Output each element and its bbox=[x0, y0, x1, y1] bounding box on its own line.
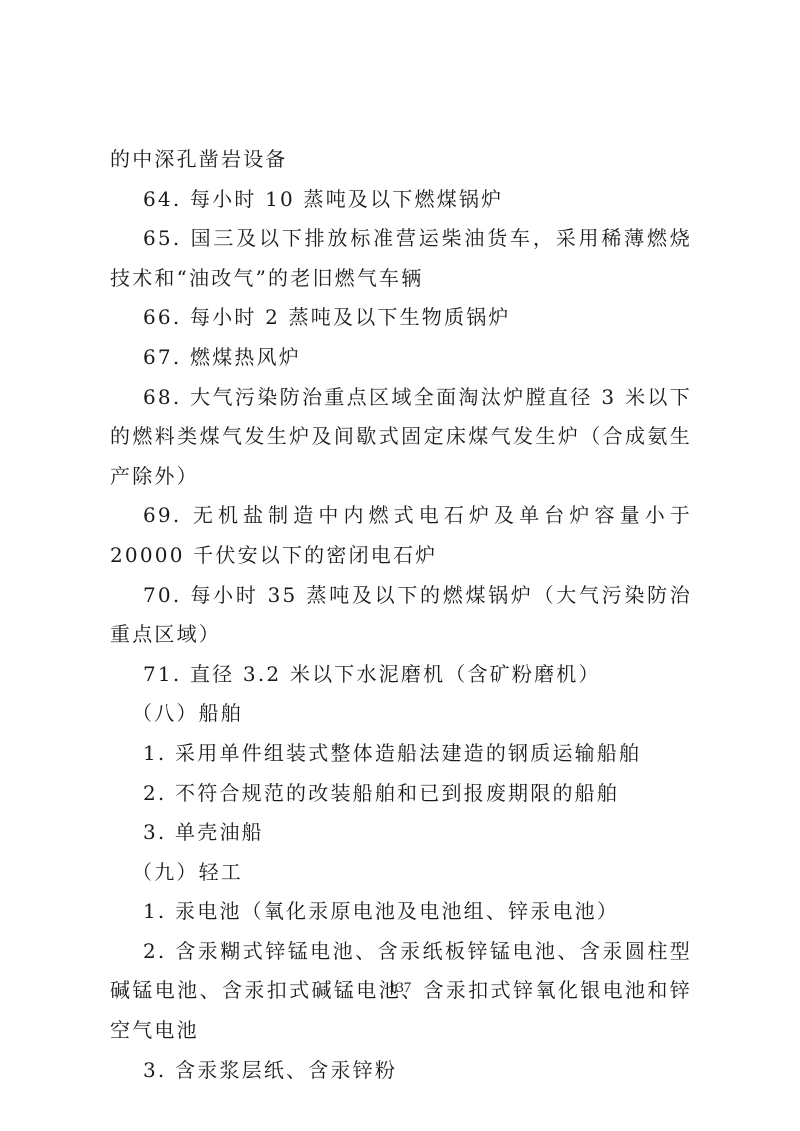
list-item-light-1: 1. 汞电池（氧化汞原电池及电池组、锌汞电池） bbox=[110, 892, 692, 932]
section-heading-ships: （八）船舶 bbox=[110, 694, 692, 734]
paragraph-continuation: 的中深孔凿岩设备 bbox=[110, 140, 692, 180]
list-item-67: 67. 燃煤热风炉 bbox=[110, 338, 692, 378]
list-item-64: 64. 每小时 10 蒸吨及以下燃煤锅炉 bbox=[110, 180, 692, 220]
list-item-light-3: 3. 含汞浆层纸、含汞锌粉 bbox=[110, 1051, 692, 1091]
document-body: 的中深孔凿岩设备 64. 每小时 10 蒸吨及以下燃煤锅炉 65. 国三及以下排… bbox=[110, 140, 692, 1090]
list-item-68: 68. 大气污染防治重点区域全面淘汰炉膛直径 3 米以下的燃料类煤气发生炉及间歇… bbox=[110, 378, 692, 497]
page-number: 137 bbox=[0, 980, 800, 997]
list-item-ships-1: 1. 采用单件组装式整体造船法建造的钢质运输船舶 bbox=[110, 734, 692, 774]
section-heading-light-industry: （九）轻工 bbox=[110, 853, 692, 893]
list-item-66: 66. 每小时 2 蒸吨及以下生物质锅炉 bbox=[110, 298, 692, 338]
list-item-ships-3: 3. 单壳油船 bbox=[110, 813, 692, 853]
list-item-65: 65. 国三及以下排放标准营运柴油货车，采用稀薄燃烧技术和“油改气”的老旧燃气车… bbox=[110, 219, 692, 298]
list-item-69: 69. 无机盐制造中内燃式电石炉及单台炉容量小于 20000 千伏安以下的密闭电… bbox=[110, 496, 692, 575]
list-item-ships-2: 2. 不符合规范的改装船舶和已到报废期限的船舶 bbox=[110, 774, 692, 814]
list-item-71: 71. 直径 3.2 米以下水泥磨机（含矿粉磨机） bbox=[110, 655, 692, 695]
list-item-70: 70. 每小时 35 蒸吨及以下的燃煤锅炉（大气污染防治重点区域） bbox=[110, 576, 692, 655]
